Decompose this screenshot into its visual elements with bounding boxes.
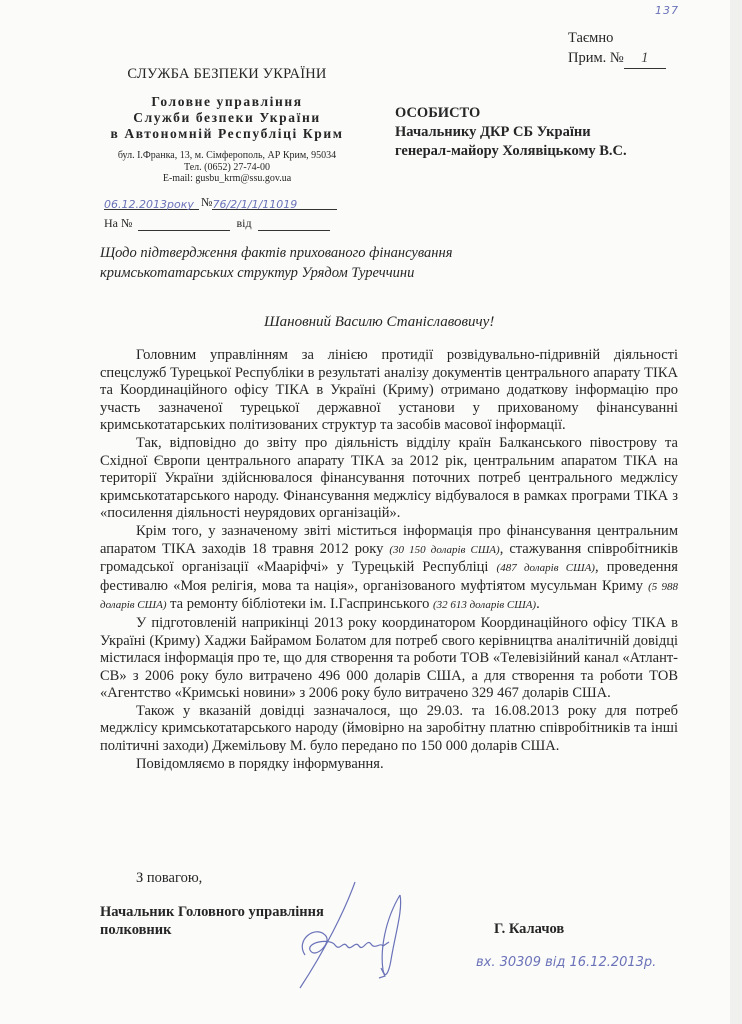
contact-info: бул. І.Франка, 13, м. Сімферополь, АР Кр… xyxy=(92,150,362,185)
personal-marker: ОСОБИСТО xyxy=(395,104,627,123)
reply-registration: На № від xyxy=(104,213,344,231)
addressee-block: ОСОБИСТО Начальнику ДКР СБ України генер… xyxy=(395,104,627,161)
paragraph: Головним управлінням за лінією протидії … xyxy=(100,347,678,435)
subject-line: Щодо підтвердження фактів прихованого фі… xyxy=(100,243,452,263)
amount: (32 613 доларів США) xyxy=(433,599,536,611)
amount: (30 150 доларів США) xyxy=(389,544,499,556)
paragraph: Повідомляємо в порядку інформування. xyxy=(100,756,678,774)
phone: Тел. (0652) 27-74-00 xyxy=(92,162,362,174)
from-label: від xyxy=(236,216,251,231)
outgoing-registration: 06.12.2013року № 76/2/1/1/11019 xyxy=(104,192,344,210)
paragraph: Також у вказаній довідці зазначалося, що… xyxy=(100,703,678,756)
incoming-registration-handwritten: вх. 30309 від 16.12.2013р. xyxy=(476,955,656,970)
reply-label: На № xyxy=(104,216,132,231)
classification-label: Таємно xyxy=(568,28,666,48)
hq-line: в Автономній Республіці Крим xyxy=(92,126,362,142)
hq-line: Служби безпеки України xyxy=(92,110,362,126)
greeting: Шановний Василю Станіславовичу! xyxy=(264,314,494,331)
amount: (487 доларів США) xyxy=(497,562,595,574)
subject: Щодо підтвердження фактів прихованого фі… xyxy=(100,243,452,283)
reply-date-blank xyxy=(258,219,330,231)
number-label: № xyxy=(201,195,212,210)
subject-line: кримськотатарських структур Урядом Туреч… xyxy=(100,263,452,283)
address: бул. І.Франка, 13, м. Сімферополь, АР Кр… xyxy=(92,150,362,162)
service-name: СЛУЖБА БЕЗПЕКИ УКРАЇНИ xyxy=(92,66,362,83)
reply-number-blank xyxy=(138,219,230,231)
handwritten-page-number: 137 xyxy=(655,4,679,17)
addressee-position: Начальнику ДКР СБ України xyxy=(395,123,627,142)
document-page: 137 Таємно Прим. №1 СЛУЖБА БЕЗПЕКИ УКРАЇ… xyxy=(0,0,742,1024)
copy-number-line: Прим. №1 xyxy=(568,48,666,69)
hq-name: Головне управління Служби безпеки Україн… xyxy=(92,94,362,142)
letterhead: СЛУЖБА БЕЗПЕКИ УКРАЇНИ Головне управлінн… xyxy=(92,66,362,185)
registration-block: 06.12.2013року № 76/2/1/1/11019 На № від xyxy=(104,192,344,231)
paragraph: Так, відповідно до звіту про діяльність … xyxy=(100,435,678,523)
letter-body: Головним управлінням за лінією протидії … xyxy=(100,347,678,773)
closing: З повагою, xyxy=(136,870,202,887)
classification-block: Таємно Прим. №1 xyxy=(568,28,666,69)
copy-number: 1 xyxy=(624,48,666,69)
signatory-name: Г. Калачов xyxy=(494,921,564,938)
outgoing-date: 06.12.2013року xyxy=(104,198,199,210)
paragraph: У підготовленій наприкінці 2013 року коо… xyxy=(100,615,678,703)
paragraph: Крім того, у зазначеному звіті міститься… xyxy=(100,523,678,615)
addressee-name: генерал-майору Холявіцькому В.С. xyxy=(395,142,627,161)
email: E-mail: gusbu_krm@ssu.gov.ua xyxy=(92,173,362,185)
outgoing-number: 76/2/1/1/11019 xyxy=(212,198,337,210)
scan-edge xyxy=(730,0,742,1024)
signature-scribble xyxy=(285,880,415,990)
copy-label: Прим. № xyxy=(568,50,624,66)
hq-line: Головне управління xyxy=(92,94,362,110)
